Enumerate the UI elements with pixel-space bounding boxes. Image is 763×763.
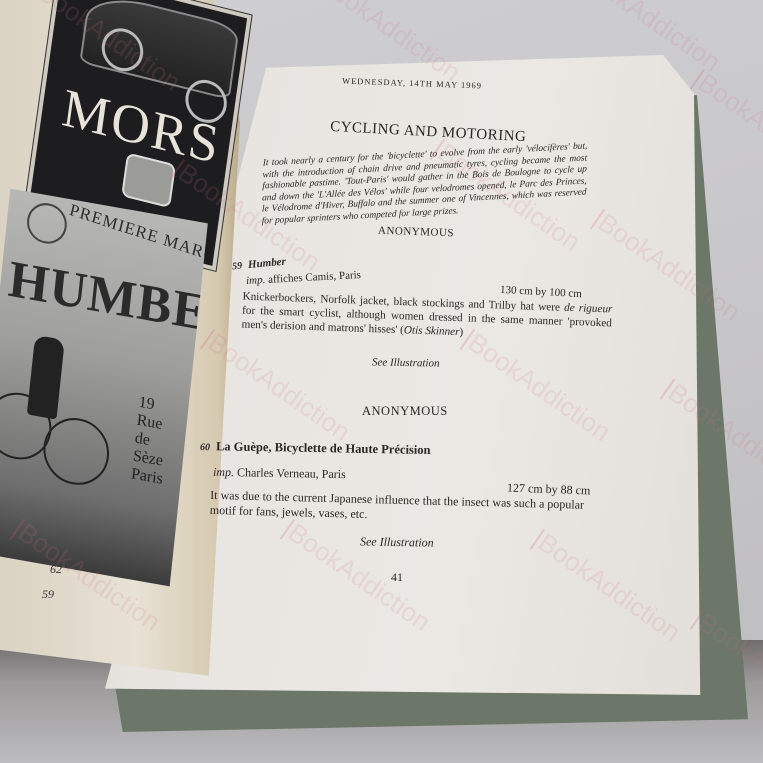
lot-59-number: 59: [232, 260, 243, 272]
lot-60-title: La Guèpe, Bicyclette de Haute Précision: [216, 439, 431, 457]
photo-scene: MORS PREMIERE MARQUE DU MONDE HUMBER 19 …: [0, 0, 763, 763]
lot-60-printer: imp. Charles Verneau, Paris: [213, 465, 346, 482]
humber-emblem-icon: [25, 200, 69, 247]
caption-59: 59: [42, 587, 54, 602]
page-number: 41: [391, 570, 403, 585]
lot-60-see-illustration: See Illustration: [360, 534, 434, 550]
lot-60-artist: ANONYMOUS: [362, 404, 448, 419]
lot-59-see-illustration: See Illustration: [372, 356, 440, 369]
caption-62: 62: [50, 562, 62, 577]
humber-side-text: 19 Rue de Sèze Paris: [130, 394, 171, 489]
humber-title: HUMBER: [6, 250, 208, 350]
lot-60-number: 60: [200, 442, 210, 453]
